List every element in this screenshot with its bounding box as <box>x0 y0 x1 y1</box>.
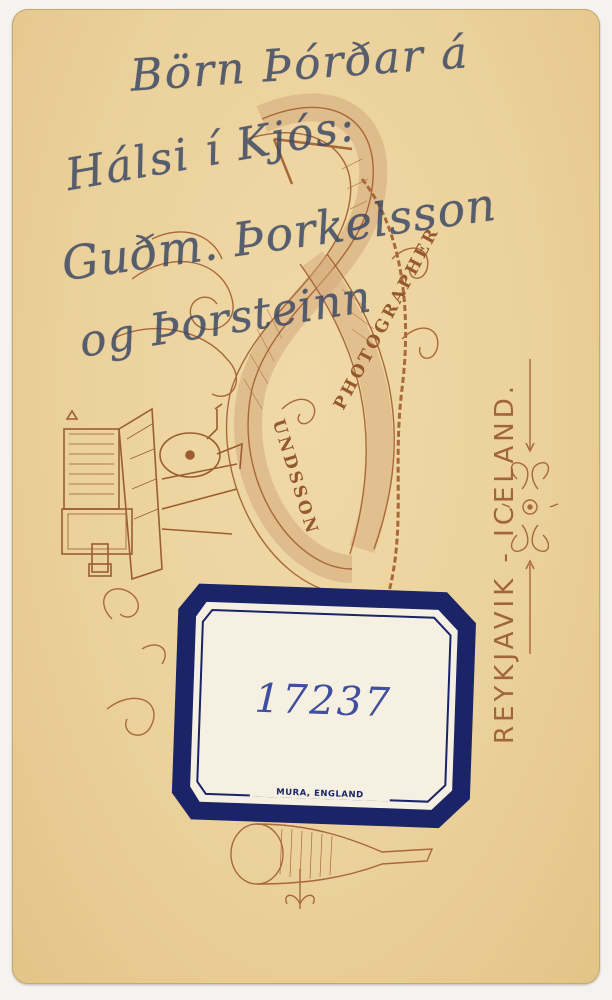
imprint-city-country: REYKJAVIK - ICELAND. <box>490 264 520 744</box>
photo-card-back: PHOTOGRAPHER UNDSSON REYKJAVIK - ICELAND… <box>12 9 600 984</box>
catalog-label: 17237 MURA, ENGLAND <box>169 581 479 831</box>
catalog-number: 17237 <box>232 675 413 727</box>
